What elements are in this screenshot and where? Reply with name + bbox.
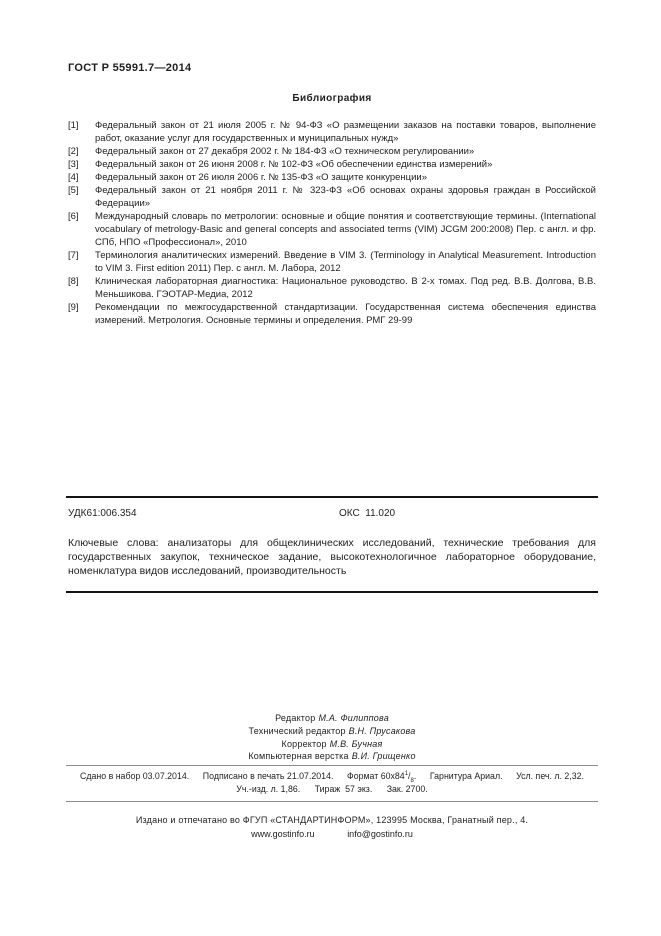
staff-person-name: В.И. Грищенко — [352, 751, 416, 761]
staff-block: РедакторМ.А. ФилипповаТехнический редакт… — [68, 712, 596, 763]
staff-line: РедакторМ.А. Филиппова — [68, 712, 596, 725]
production-typeface: Гарнитура Ариал. — [430, 771, 503, 784]
bibliography-item-number: [6] — [68, 210, 95, 249]
staff-role-label: Компьютерная верстка — [248, 751, 348, 761]
staff-role-label: Редактор — [275, 713, 315, 723]
staff-person-name: В.Н. Прусакова — [349, 726, 416, 736]
keywords-paragraph: Ключевые слова: анализаторы для общеклин… — [68, 536, 596, 578]
bibliography-item-text: Федеральный закон от 26 июня 2008 г. № 1… — [95, 158, 596, 171]
bibliography-item-number: [2] — [68, 145, 95, 158]
publisher-email: info@gostinfo.ru — [347, 829, 413, 839]
bibliography-item: [4]Федеральный закон от 26 июля 2006 г. … — [68, 171, 596, 184]
bibliography-item: [7]Терминология аналитических измерений.… — [68, 249, 596, 275]
production-cond-sheets: Усл. печ. л. 2,32. — [516, 771, 584, 784]
section-title: Библиография — [68, 93, 596, 104]
bibliography-item-text: Федеральный закон от 26 июля 2006 г. № 1… — [95, 171, 596, 184]
staff-line: КорректорМ.В. Бучная — [68, 738, 596, 751]
divider-line-publisher — [66, 801, 598, 802]
publisher-contacts: www.gostinfo.ru info@gostinfo.ru — [68, 829, 596, 839]
bibliography-item: [2]Федеральный закон от 27 декабря 2002 … — [68, 145, 596, 158]
production-signed-date: Подписано в печать 21.07.2014. — [203, 771, 334, 784]
bibliography-list: [1]Федеральный закон от 21 июля 2005 г. … — [68, 119, 596, 327]
bibliography-item-number: [8] — [68, 275, 95, 301]
bibliography-item: [5]Федеральный закон от 21 ноября 2011 г… — [68, 184, 596, 210]
bibliography-item-number: [4] — [68, 171, 95, 184]
staff-person-name: М.А. Филиппова — [318, 713, 388, 723]
publisher-address: Издано и отпечатано во ФГУП «СТАНДАРТИНФ… — [68, 815, 596, 825]
bibliography-item-text: Международный словарь по метрологии: осн… — [95, 210, 596, 249]
bibliography-item: [8]Клиническая лабораторная диагностика:… — [68, 275, 596, 301]
bibliography-item-number: [5] — [68, 184, 95, 210]
bibliography-item-text: Федеральный закон от 21 ноября 2011 г. №… — [95, 184, 596, 210]
production-order: Зак. 2700. — [387, 784, 428, 794]
staff-person-name: М.В. Бучная — [330, 739, 383, 749]
publisher-website: www.gostinfo.ru — [251, 829, 315, 839]
production-line-1: Сдано в набор 03.07.2014. Подписано в пе… — [68, 771, 596, 784]
staff-role-label: Корректор — [282, 739, 327, 749]
bibliography-item: [6]Международный словарь по метрологии: … — [68, 210, 596, 249]
codes-row: УДК61:006.354 ОКС 11.020 — [68, 508, 596, 519]
bibliography-item-text: Федеральный закон от 21 июля 2005 г. № 9… — [95, 119, 596, 145]
bibliography-item-text: Клиническая лабораторная диагностика: На… — [95, 275, 596, 301]
bibliography-item-number: [3] — [68, 158, 95, 171]
bibliography-item-text: Терминология аналитических измерений. Вв… — [95, 249, 596, 275]
production-pub-sheets: Уч.-изд. л. 1,86. — [236, 784, 300, 794]
bibliography-item: [1]Федеральный закон от 21 июля 2005 г. … — [68, 119, 596, 145]
staff-line: Компьютерная версткаВ.И. Грищенко — [68, 750, 596, 763]
divider-line-top — [66, 496, 598, 498]
doc-number: ГОСТ Р 55991.7—2014 — [68, 62, 191, 74]
bibliography-item-number: [7] — [68, 249, 95, 275]
bibliography-item-number: [1] — [68, 119, 95, 145]
bibliography-item-number: [9] — [68, 301, 95, 327]
production-format: Формат 60х841/8. — [347, 771, 416, 784]
staff-role-label: Технический редактор — [249, 726, 346, 736]
production-line-2: Уч.-изд. л. 1,86. Тираж 57 экз. Зак. 270… — [68, 784, 596, 794]
bibliography-item: [3]Федеральный закон от 26 июня 2008 г. … — [68, 158, 596, 171]
divider-line-staff — [66, 765, 598, 766]
divider-line-keywords — [66, 591, 598, 593]
bibliography-item-text: Федеральный закон от 27 декабря 2002 г. … — [95, 145, 596, 158]
bibliography-item-text: Рекомендации по межгосударственной станд… — [95, 301, 596, 327]
production-set-date: Сдано в набор 03.07.2014. — [80, 771, 189, 784]
staff-line: Технический редакторВ.Н. Прусакова — [68, 725, 596, 738]
document-page: ГОСТ Р 55991.7—2014 Библиография [1]Феде… — [0, 0, 661, 936]
oks-code: ОКС 11.020 — [339, 508, 395, 519]
bibliography-item: [9]Рекомендации по межгосударственной ст… — [68, 301, 596, 327]
udk-code: УДК61:006.354 — [68, 508, 137, 519]
production-copies: Тираж 57 экз. — [315, 784, 373, 794]
